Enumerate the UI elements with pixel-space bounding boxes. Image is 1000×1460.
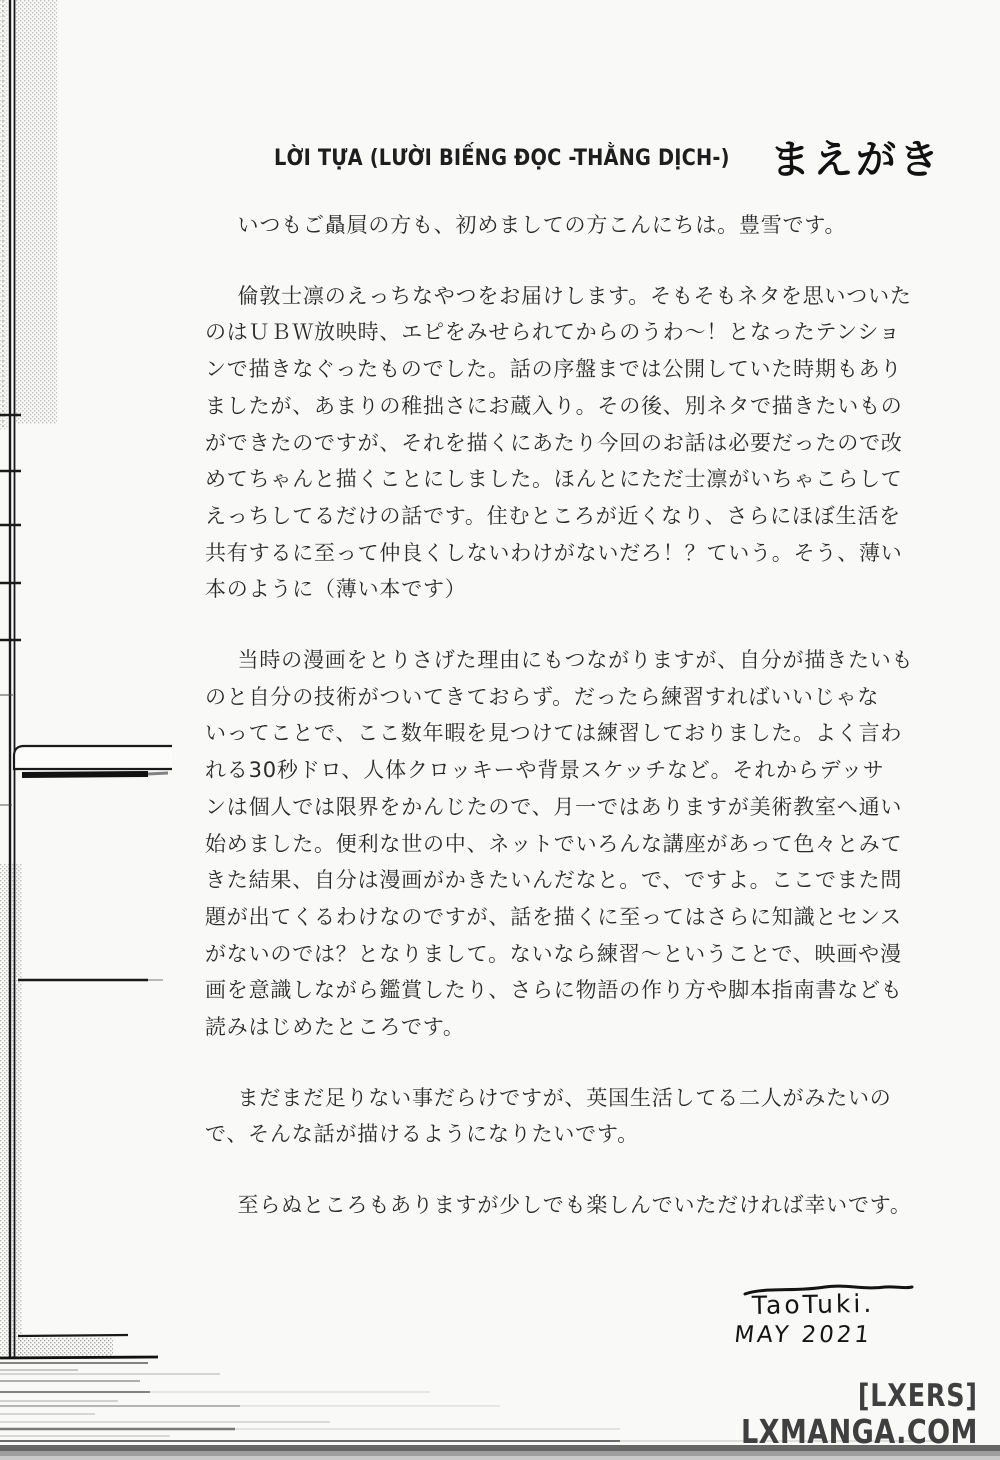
corner-line — [0, 1357, 158, 1358]
afterword-text: いつもご贔屓の方も、初めましての方こんにちは。豊雪です。 倫敦士凛のえっちなやつ… — [205, 207, 917, 1258]
page-title-maegaki: まえがき — [770, 128, 942, 185]
text-line: れる30秒ドロ、人体クロッキーや背景スケッチなど。それからデッサ — [205, 752, 917, 789]
text-line: 題が出てくるわけなのですが、話を描くに至ってはさらに知識とセンス — [205, 899, 917, 936]
text-line: 本のように（薄い本です） — [205, 571, 917, 608]
table-shadow-line — [22, 774, 148, 775]
text-line: ンで描きなぐったものでした。話の序盤までは公開していた時期もあり — [205, 351, 917, 388]
text-line: のはＵＢＷ放映時、エピをみせられてからのうわ～！となったテンショ — [205, 314, 917, 351]
signature-date: MAY 2021 — [733, 1322, 873, 1348]
text-line: めてちゃんと描くことにしました。ほんとにただ士凛がいちゃこらして — [205, 461, 917, 498]
halftone-block-corner — [18, 1338, 113, 1357]
halftone-band-top — [15, 0, 57, 424]
text-line: で、そんな話が描けるようになりたいです。 — [205, 1116, 917, 1153]
halftone-strip-left — [0, 0, 8, 430]
text-line: 読みはじめたところです。 — [205, 1009, 917, 1046]
text-line: いってことで、ここ数年暇を見つけては練習しておりました。よく言わ — [205, 715, 917, 752]
signature-name: TaoTuki. — [751, 1289, 875, 1320]
text-line: 始めました。便利な世の中、ネットでいろんな講座があって色々とみて — [205, 826, 917, 863]
paragraph-closing: 至らぬところもありますが少しでも楽しんでいただければ幸いです。 — [205, 1187, 917, 1224]
text-line: ができたのですが、それを描くにあたり今回のお話は必要だったので改 — [205, 425, 917, 462]
text-line: 至らぬところもありますが少しでも楽しんでいただければ幸いです。 — [205, 1187, 917, 1224]
text-line: きた結果、自分は漫画がかきたいんだなと。で、ですよ。ここでまた問 — [205, 862, 917, 899]
text-line: 倫敦士凛のえっちなやつをお届けします。そもそもネタを思いついた — [205, 278, 917, 315]
paragraph-greeting: いつもご贔屓の方も、初めましての方こんにちは。豊雪です。 — [205, 207, 917, 244]
scan-band — [0, 1456, 1000, 1460]
text-line: 共有するに至って仲良くしないわけがないだろ！？ていう。そう、薄い — [205, 535, 917, 572]
text-line: のと自分の技術がついてきておらず。だったら練習すればいいじゃな — [205, 679, 917, 716]
watermark-group-name: [LXERS] — [741, 1381, 978, 1412]
scan-band — [0, 1451, 1000, 1456]
text-line: えっちしてるだけの話です。住むところが近くなり、さらにほぼ生活を — [205, 498, 917, 535]
watermark-site-url: LXMANGA.COM — [741, 1415, 978, 1448]
watermark: [LXERS] LXMANGA.COM — [741, 1381, 978, 1448]
paragraph-practice: 当時の漫画をとりさげた理由にもつながりますが、自分が描きたいも のと自分の技術が… — [205, 642, 917, 1046]
text-line: ましたが、あまりの稚拙さにお蔵入り。その後、別ネタで描きたいもの — [205, 388, 917, 425]
text-line: がないのでは？となりまして。ないなら練習～ということで、映画や漫 — [205, 936, 917, 973]
text-line: 当時の漫画をとりさげた理由にもつながりますが、自分が描きたいも — [205, 642, 917, 679]
table-shadow-line — [148, 773, 168, 774]
corner-line — [18, 1335, 128, 1336]
scanned-afterword-page: LỜI TỰA (LƯỜI BIẾNG ĐỌC -THẰNG DỊCH-) まえ… — [0, 0, 1000, 1460]
halftone-band-bottom-left — [0, 864, 22, 1360]
text-line: 画を意識しながら鑑賞したり、さらに物語の作り方や脚本指南書なども — [205, 972, 917, 1009]
table-edge-drawing — [14, 746, 172, 769]
paragraph-origin-story: 倫敦士凛のえっちなやつをお届けします。そもそもネタを思いついた のはＵＢＷ放映時… — [205, 278, 917, 608]
translator-title: LỜI TỰA (LƯỜI BIẾNG ĐỌC -THẰNG DỊCH-) — [274, 146, 730, 171]
paragraph-aspiration: まだまだ足りない事だらけですが、英国生活してる二人がみたいの で、そんな話が描け… — [205, 1080, 917, 1153]
text-line: まだまだ足りない事だらけですが、英国生活してる二人がみたいの — [205, 1080, 917, 1117]
artist-signature: TaoTuki. MAY 2021 — [690, 1262, 970, 1362]
text-line: いつもご贔屓の方も、初めましての方こんにちは。豊雪です。 — [205, 207, 917, 244]
text-line: ンは個人では限界をかんじたので、月一ではありますが美術教室へ通い — [205, 789, 917, 826]
